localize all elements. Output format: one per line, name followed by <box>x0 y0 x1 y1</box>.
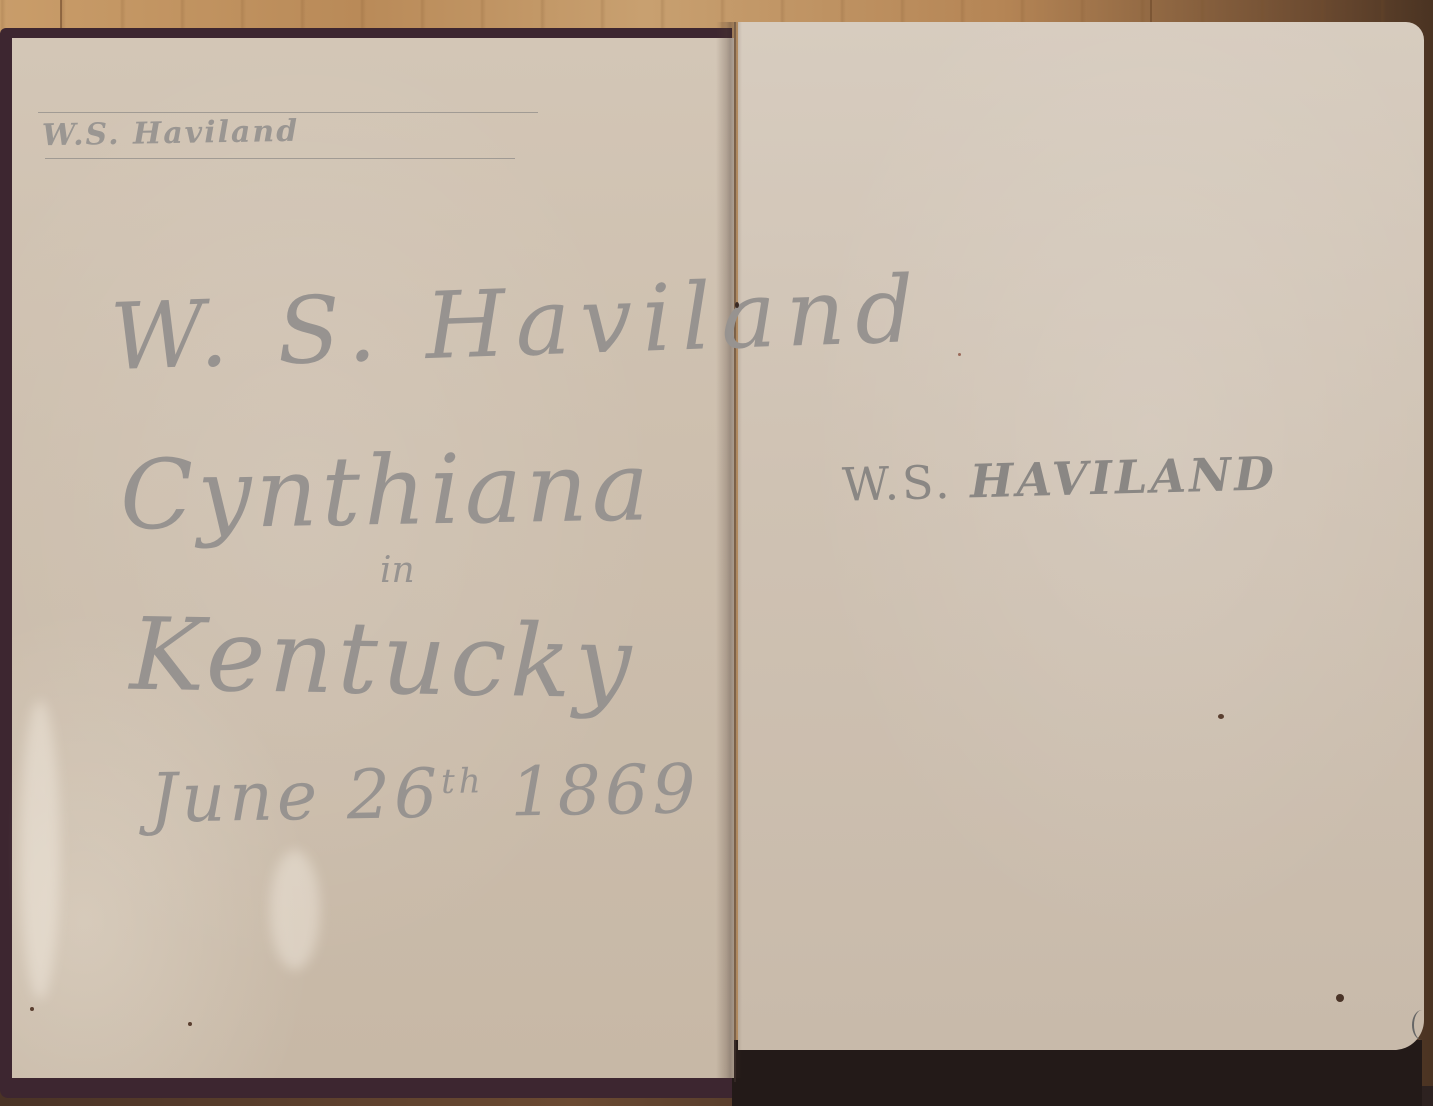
stamp-ruled-line-bottom <box>45 158 515 159</box>
date-suffix: th <box>441 761 485 802</box>
owner-name-stamp-large: W.S. HAVILAND <box>841 446 1277 511</box>
stamp-ruled-line-top <box>38 112 538 113</box>
stamp-surname: HAVILAND <box>969 446 1277 508</box>
foxing-spot <box>1336 994 1344 1002</box>
binding-thread-hole <box>735 302 739 308</box>
handwritten-state: Kentucky <box>129 596 636 722</box>
paper-light-patch <box>20 700 60 1000</box>
foxing-spot <box>958 353 961 356</box>
inside-front-cover-pastedown <box>12 38 734 1078</box>
paper-light-patch <box>270 850 320 970</box>
owner-name-stamp-small: W.S. Haviland <box>42 114 300 153</box>
pencil-corner-mark <box>1412 1010 1432 1040</box>
handwritten-town: Cynthiana <box>119 430 654 551</box>
date-month-day: June 26 <box>149 755 442 839</box>
date-year: 1869 <box>510 750 700 832</box>
flyleaf-page <box>738 22 1424 1050</box>
stamp-initials: W.S. <box>841 455 953 512</box>
foxing-spot <box>30 1007 34 1011</box>
gutter-fold-line <box>734 22 736 1082</box>
foxing-spot <box>188 1022 192 1026</box>
book-gutter <box>716 22 742 1078</box>
foxing-spot <box>1218 714 1224 719</box>
handwritten-preposition: in <box>380 550 415 591</box>
handwritten-date: June 26th 1869 <box>149 750 700 839</box>
